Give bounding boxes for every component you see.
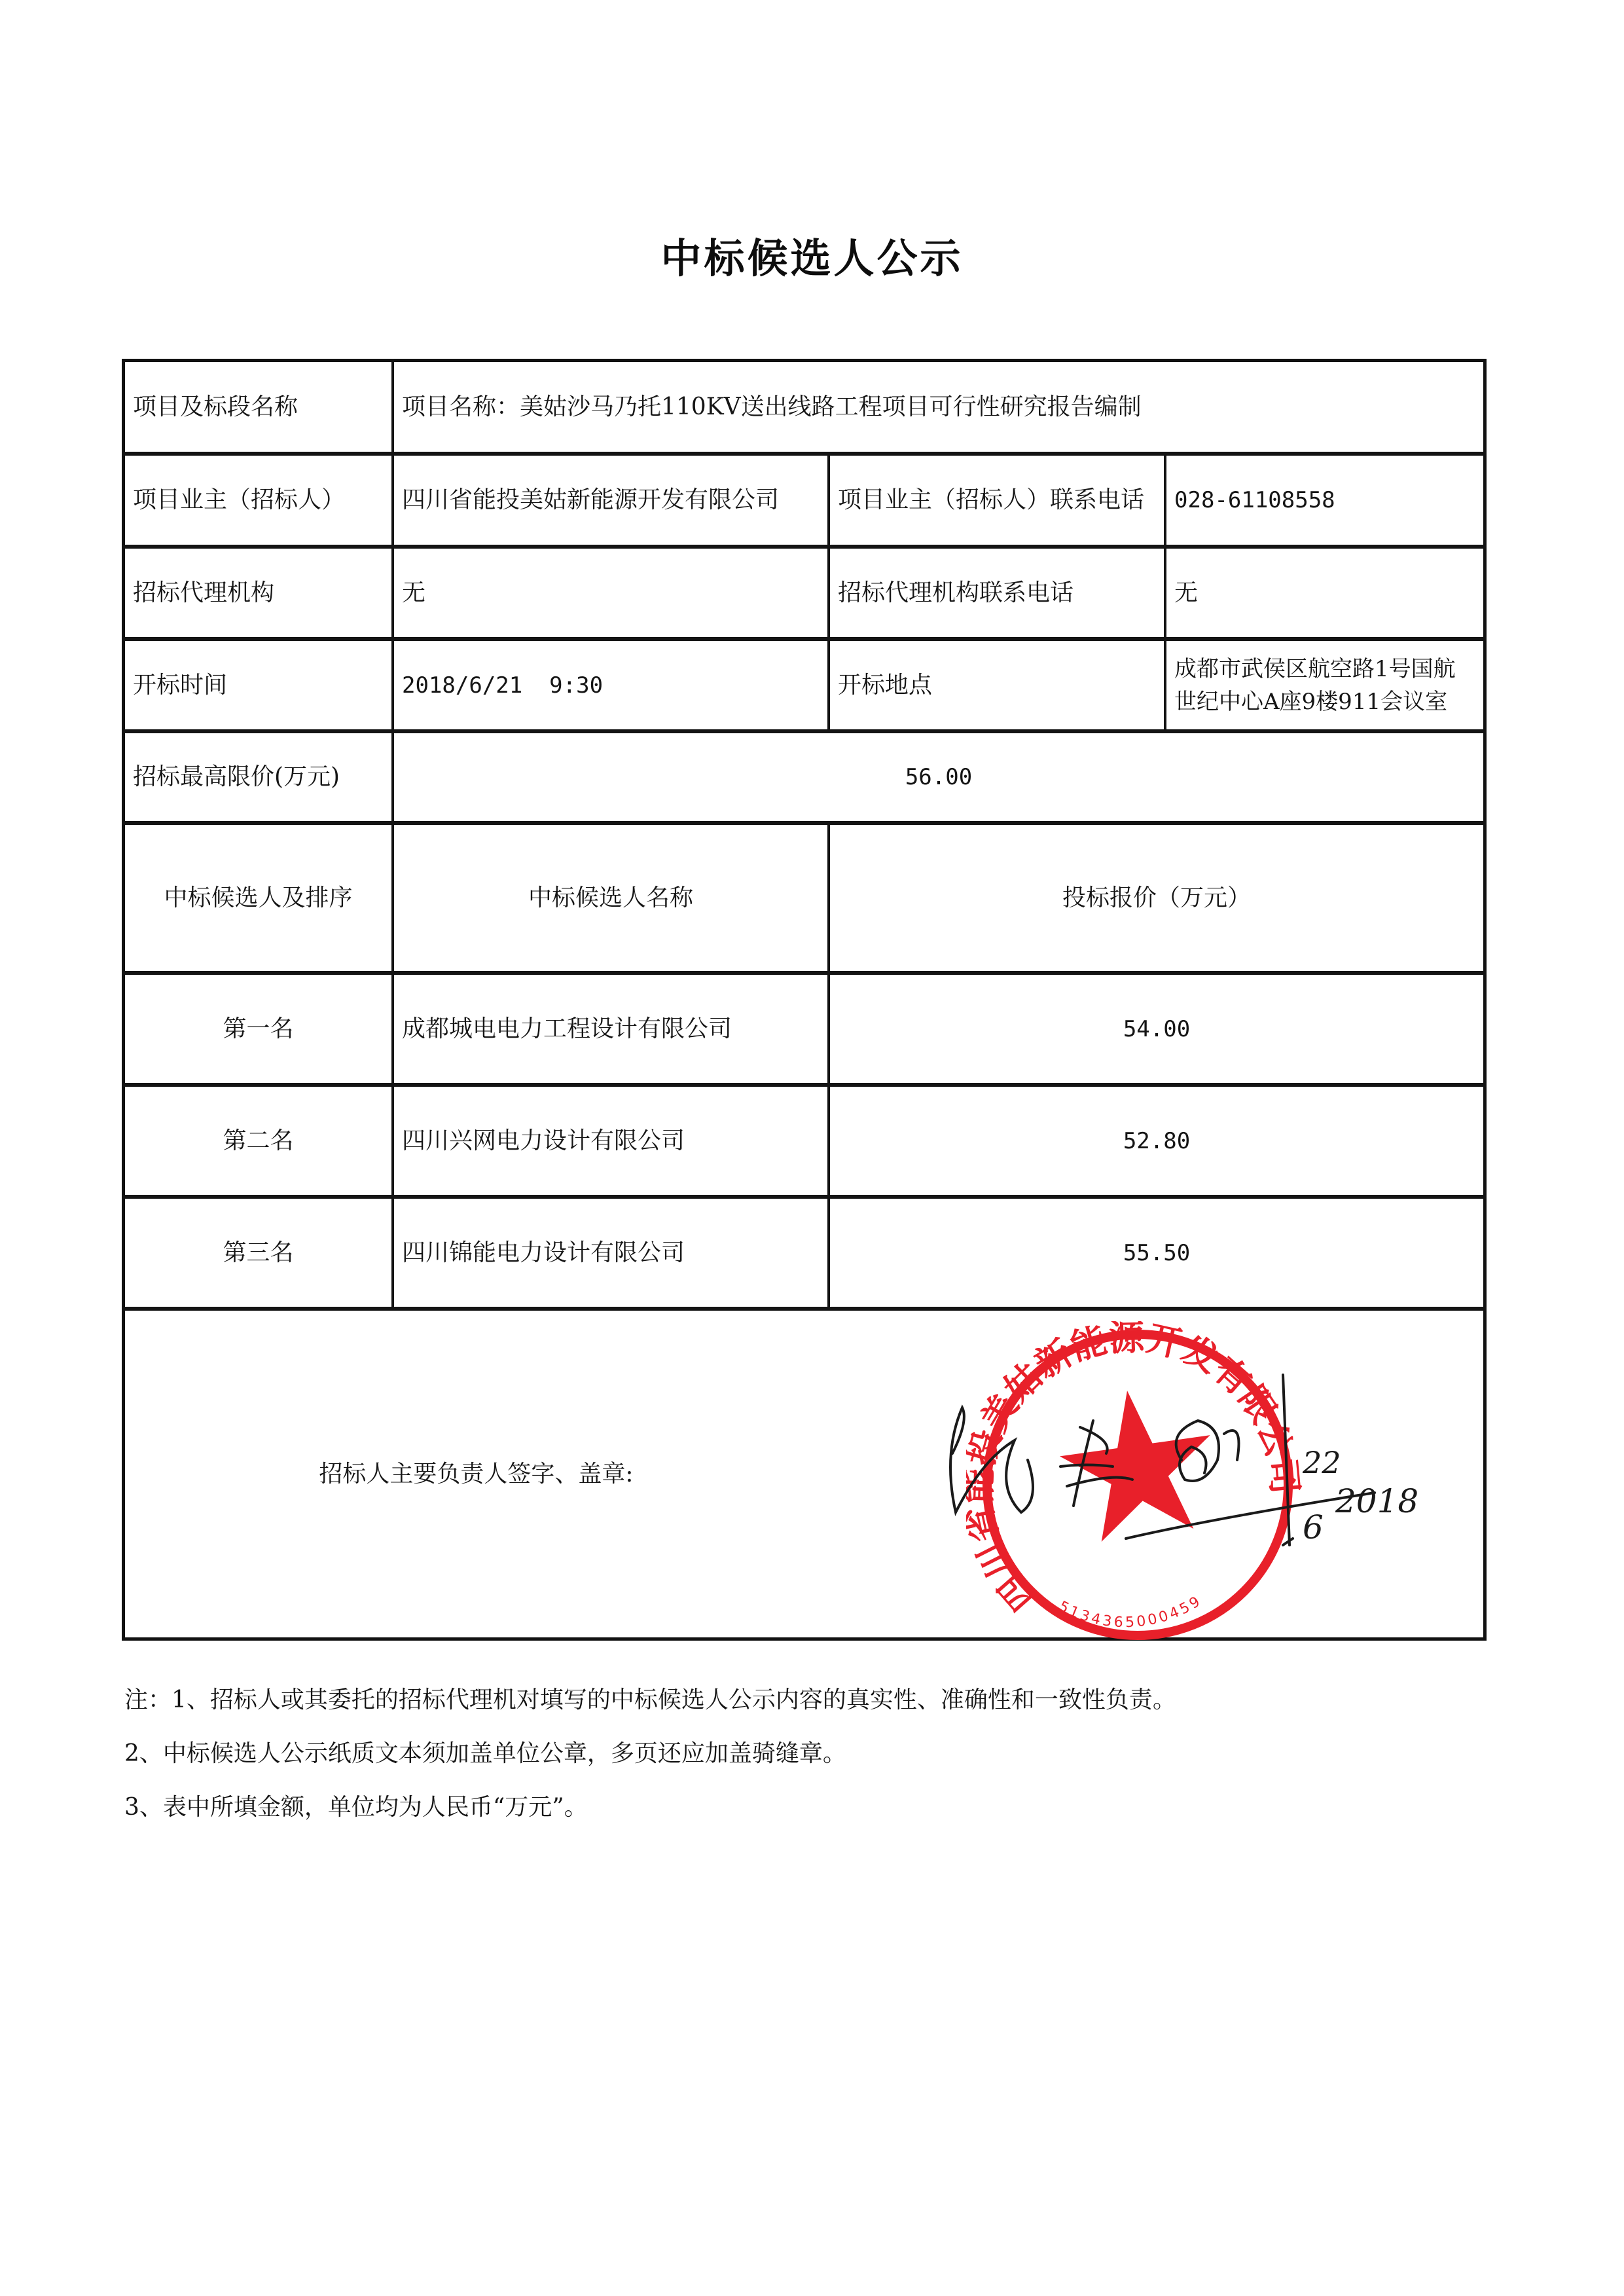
agency-phone-value: 无: [1166, 549, 1483, 637]
owner-label: 项目业主（招标人）: [125, 456, 391, 545]
signature-year: 2018: [1335, 1482, 1418, 1520]
agency-label: 招标代理机构: [125, 549, 391, 637]
candidate-name: 四川锦能电力设计有限公司: [394, 1199, 827, 1307]
owner-phone-value: 028-61108558: [1166, 456, 1483, 545]
open-time-label: 开标时间: [125, 641, 391, 729]
project-value: 项目名称：美姑沙马乃托110KV送出线路工程项目可行性研究报告编制: [394, 362, 1483, 452]
max-price-value: 56.00: [394, 733, 1483, 821]
candidate-price: 55.50: [830, 1199, 1483, 1307]
note-2: 2、中标候选人公示纸质文本须加盖单位公章，多页还应加盖骑缝章。: [124, 1735, 846, 1768]
header-rank: 中标候选人及排序: [125, 825, 391, 971]
project-label: 项目及标段名称: [125, 362, 391, 452]
candidate-name: 成都城电电力工程设计有限公司: [394, 975, 827, 1083]
signature-month: 6: [1303, 1508, 1324, 1546]
open-place-line1: 成都市武侯区航空路1号国航: [1174, 653, 1456, 685]
owner-value: 四川省能投美姑新能源开发有限公司: [394, 456, 827, 545]
max-price-label: 招标最高限价(万元): [125, 733, 391, 821]
page-title: 中标候选人公示: [0, 226, 1624, 284]
candidate-price: 52.80: [830, 1087, 1483, 1195]
signature-label: 招标人主要负责人签字、盖章:: [125, 1311, 827, 1638]
candidate-price: 54.00: [830, 975, 1483, 1083]
header-price: 投标报价（万元）: [830, 825, 1483, 971]
signature-day: 22: [1302, 1445, 1341, 1480]
note-1: 注：1、招标人或其委托的招标代理机对填写的中标候选人公示内容的真实性、准确性和一…: [124, 1681, 1176, 1715]
open-place-line2: 世纪中心A座9楼911会议室: [1174, 685, 1447, 718]
handwritten-signature-icon: 22 6 2018: [916, 1342, 1506, 1604]
header-name: 中标候选人名称: [394, 825, 827, 971]
candidate-rank: 第二名: [125, 1087, 391, 1195]
agency-phone-label: 招标代理机构联系电话: [830, 549, 1164, 637]
open-time-value: 2018/6/21 9:30: [394, 641, 827, 729]
open-place-label: 开标地点: [830, 641, 1164, 729]
agency-value: 无: [394, 549, 827, 637]
candidate-name: 四川兴网电力设计有限公司: [394, 1087, 827, 1195]
note-3: 3、表中所填金额，单位均为人民币“万元”。: [124, 1789, 588, 1822]
open-place-value: 成都市武侯区航空路1号国航 世纪中心A座9楼911会议室: [1166, 641, 1483, 729]
candidate-rank: 第三名: [125, 1199, 391, 1307]
candidate-rank: 第一名: [125, 975, 391, 1083]
owner-phone-label: 项目业主（招标人）联系电话: [830, 456, 1164, 545]
